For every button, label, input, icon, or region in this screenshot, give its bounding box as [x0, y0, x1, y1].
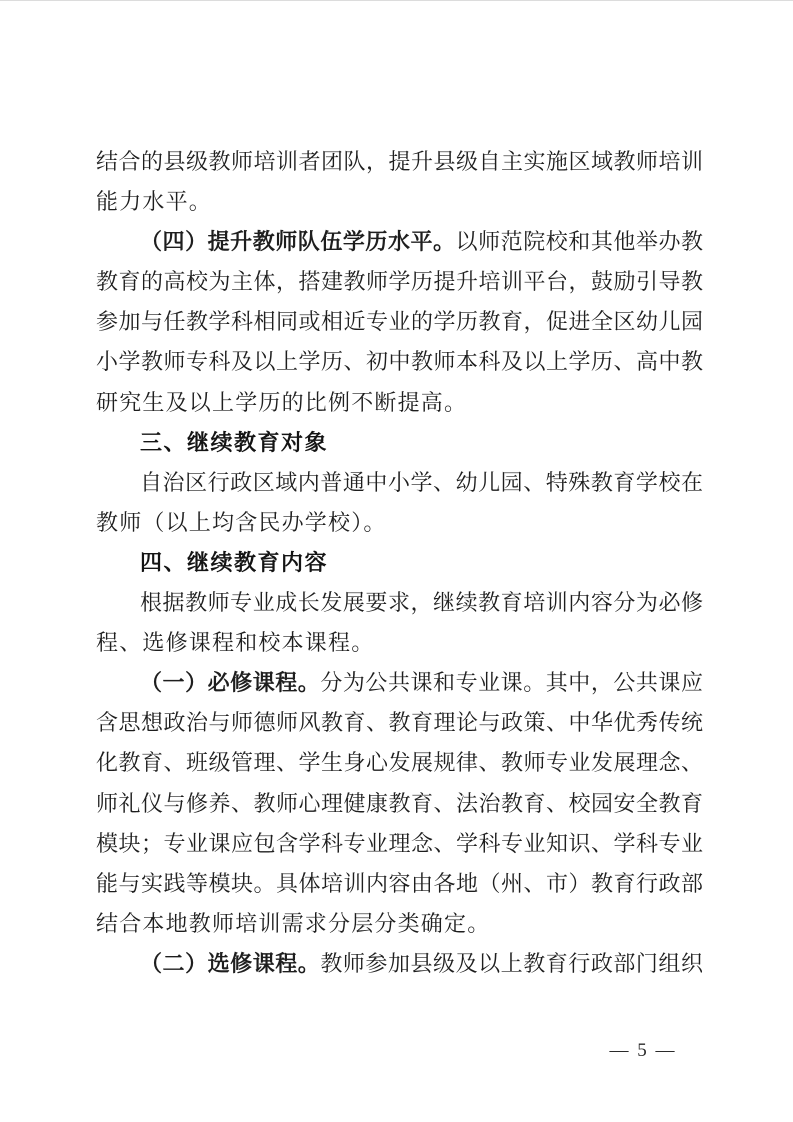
text-line: 程、选修课程和校本课程。 — [96, 623, 703, 663]
line-text: 自治区行政区域内普通中小学、幼儿园、特殊教育学校在职 — [96, 470, 703, 503]
line-text: 化教育、班级管理、学生身心发展规律、教师专业发展理念、教 — [96, 750, 703, 783]
text-line: 含思想政治与师德师风教育、教育理论与政策、中华优秀传统文 — [96, 703, 703, 743]
section-heading-3: 三、继续教育对象 — [96, 423, 703, 463]
text-line: 教师（以上均含民办学校）。 — [96, 503, 703, 543]
document-page: 结合的县级教师培训者团队，提升县级自主实施区域教师培训的 能力水平。 （四）提升… — [0, 0, 793, 1122]
heading-text: 三、继续教育对象 — [140, 430, 328, 455]
line-text: 教育的高校为主体，搭建教师学历提升培训平台，鼓励引导教师 — [96, 269, 703, 302]
line-text: 含思想政治与师德师风教育、教育理论与政策、中华优秀传统文 — [96, 710, 703, 743]
line-text: 小学教师专科及以上学历、初中教师本科及以上学历、高中教师 — [96, 349, 703, 382]
text-line-paragraph-start: （四）提升教师队伍学历水平。以师范院校和其他举办教师 — [96, 222, 703, 262]
text-line: 小学教师专科及以上学历、初中教师本科及以上学历、高中教师 — [96, 342, 703, 382]
line-text: 程、选修课程和校本课程。 — [96, 630, 374, 655]
text-line: 化教育、班级管理、学生身心发展规律、教师专业发展理念、教 — [96, 743, 703, 783]
text-line: 模块；专业课应包含学科专业理念、学科专业知识、学科专业技 — [96, 824, 703, 864]
text-line-paragraph-start: （一）必修课程。分为公共课和专业课。其中，公共课应包 — [96, 663, 703, 703]
text-line: 教育的高校为主体，搭建教师学历提升培训平台，鼓励引导教师 — [96, 262, 703, 302]
line-text: 参加与任教学科相同或相近专业的学历教育，促进全区幼儿园和 — [96, 309, 703, 342]
document-body: 结合的县级教师培训者团队，提升县级自主实施区域教师培训的 能力水平。 （四）提升… — [96, 142, 703, 984]
page-number: — 5 — — [593, 1040, 693, 1062]
line-text: 结合的县级教师培训者团队，提升县级自主实施区域教师培训的 — [96, 149, 703, 182]
section-heading-4: 四、继续教育内容 — [96, 543, 703, 583]
text-line-paragraph-start: （二）选修课程。教师参加县级及以上教育行政部门组织的 — [96, 944, 703, 984]
paragraph-leader: （四）提升教师队伍学历水平。 — [140, 229, 456, 254]
paragraph-leader: （二）选修课程。 — [140, 951, 320, 976]
text-line: 结合本地教师培训需求分层分类确定。 — [96, 904, 703, 944]
text-line: 能力水平。 — [96, 182, 703, 222]
line-text: 能与实践等模块。具体培训内容由各地（州、市）教育行政部门 — [96, 871, 703, 904]
text-line-paragraph-start: 根据教师专业成长发展要求，继续教育培训内容分为必修课 — [96, 583, 703, 623]
paragraph-leader: （一）必修课程。 — [140, 670, 320, 695]
text-line: 参加与任教学科相同或相近专业的学历教育，促进全区幼儿园和 — [96, 302, 703, 342]
heading-text: 四、继续教育内容 — [140, 550, 328, 575]
text-line: 能与实践等模块。具体培训内容由各地（州、市）教育行政部门 — [96, 864, 703, 904]
line-text: 根据教师专业成长发展要求，继续教育培训内容分为必修课 — [96, 590, 703, 623]
line-text: 能力水平。 — [96, 189, 212, 214]
line-text: 结合本地教师培训需求分层分类确定。 — [96, 911, 490, 936]
text-line-paragraph-start: 自治区行政区域内普通中小学、幼儿园、特殊教育学校在职 — [96, 463, 703, 503]
page-top-edge-line — [0, 0, 793, 1]
text-line: 结合的县级教师培训者团队，提升县级自主实施区域教师培训的 — [96, 142, 703, 182]
line-text: 师礼仪与修养、教师心理健康教育、法治教育、校园安全教育等 — [96, 791, 703, 824]
line-text: 研究生及以上学历的比例不断提高。 — [96, 390, 467, 415]
line-text: 教师（以上均含民办学校）。 — [96, 510, 387, 535]
line-text: 模块；专业课应包含学科专业理念、学科专业知识、学科专业技 — [96, 831, 703, 864]
text-line: 师礼仪与修养、教师心理健康教育、法治教育、校园安全教育等 — [96, 784, 703, 824]
text-line: 研究生及以上学历的比例不断提高。 — [96, 383, 703, 423]
